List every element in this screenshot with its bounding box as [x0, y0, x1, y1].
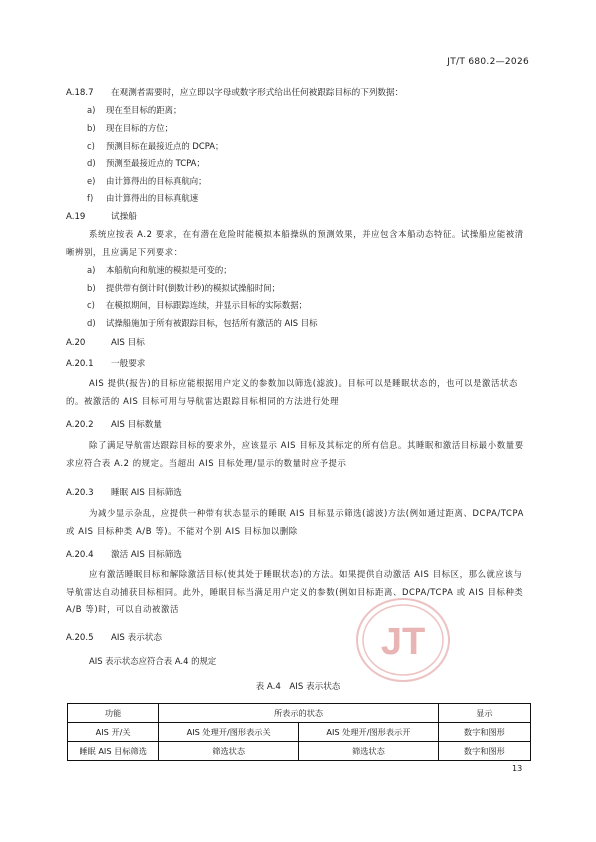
table-cell: AIS 处理开/图形表示关 [159, 723, 299, 742]
list-item: c)预测目标在最接近点的 DCPA； [87, 140, 223, 152]
section-heading-a18-7: A.18.7在观测者需要时，应立即以字母或数字形式给出任何被跟踪目标的下列数据： [66, 86, 403, 98]
paragraph-a20-1: AIS 提供(报告)的目标应能根据用户定义的参数加以筛选(滤波)。目标可以是睡眠… [66, 375, 531, 410]
list-item: c)在模拟期间，目标跟踪连续，并显示目标的实际数据； [87, 299, 307, 311]
list-item: b)现在目标的方位； [87, 122, 173, 134]
jt-watermark-logo: JT [355, 597, 451, 683]
paragraph-a20-5: AIS 表示状态应符合表 A.4 的规定 [89, 655, 216, 667]
page-number: 13 [512, 764, 522, 773]
table-caption: 表 A.4 AIS 表示状态 [0, 680, 596, 692]
list-item: d)预测至最接近点的 TCPA； [87, 157, 205, 169]
section-heading-a20-1: A.20.1一般要求 [66, 357, 145, 369]
list-item: a)本船航向和航速的模拟是可变的； [87, 264, 232, 276]
section-heading-a20: A.20AIS 目标 [66, 336, 145, 348]
paragraph-a20-2: 除了满足导航雷达跟踪目标的要求外，应该显示 AIS 目标及其标定的所有信息。其睡… [66, 437, 531, 472]
table-header-cell: 显示 [438, 704, 530, 723]
list-item: d)试操船施加于所有被跟踪目标，包括所有激活的 AIS 目标 [87, 317, 317, 329]
table-cell: AIS 开/关 [68, 723, 159, 742]
section-heading-a20-5: A.20.5AIS 表示状态 [66, 631, 162, 643]
table-row: 睡眠 AIS 目标筛选 筛选状态 筛选状态 数字和图形 [68, 742, 531, 761]
paragraph-a19: 系统应按表 A.2 要求，在有潜在危险时能模拟本船操纵的预测效果，并应包含本船动… [66, 226, 531, 261]
list-item: f)由计算得出的目标真航速 [87, 192, 198, 204]
table-cell: 数字和图形 [438, 742, 530, 761]
section-heading-a20-4: A.20.4激活 AIS 目标筛选 [66, 548, 182, 560]
section-heading-a20-2: A.20.2AIS 目标数量 [66, 418, 162, 430]
table-cell: 睡眠 AIS 目标筛选 [68, 742, 159, 761]
list-item: b)提供带有倒计时(倒数计秒)的模拟试操船时间； [87, 282, 280, 294]
table-row: AIS 开/关 AIS 处理开/图形表示关 AIS 处理开/图形表示开 数字和图… [68, 723, 531, 742]
table-cell: 筛选状态 [159, 742, 299, 761]
table-cell: 筛选状态 [299, 742, 439, 761]
list-item: e)由计算得出的目标真航向； [87, 175, 207, 187]
ais-display-state-table: 功能 所表示的状态 显示 AIS 开/关 AIS 处理开/图形表示关 AIS 处… [67, 703, 531, 761]
list-item: a)现在至目标的距离； [87, 104, 181, 116]
section-heading-a20-3: A.20.3睡眠 AIS 目标筛选 [66, 486, 182, 498]
svg-text:JT: JT [381, 621, 425, 663]
paragraph-a20-3: 为减少显示杂乱，应提供一种带有状态显示的睡眠 AIS 目标显示筛选(滤波)方法(… [66, 505, 531, 540]
table-cell: AIS 处理开/图形表示开 [299, 723, 439, 742]
section-text: 在观测者需要时，应立即以字母或数字形式给出任何被跟踪目标的下列数据： [111, 88, 403, 98]
table-header-cell: 功能 [68, 704, 159, 723]
section-number: A.18.7 [66, 88, 111, 98]
paragraph-a20-4: 应有激活睡眠目标和解除激活目标(使其处于睡眠状态)的方法。如果提供自动激活 AI… [66, 566, 531, 619]
table-cell: 数字和图形 [438, 723, 530, 742]
table-header-row: 功能 所表示的状态 显示 [68, 704, 531, 723]
section-heading-a19: A.19试操船 [66, 210, 137, 222]
table-header-cell: 所表示的状态 [159, 704, 439, 723]
standard-code-header: JT/T 680.2—2026 [447, 57, 529, 67]
